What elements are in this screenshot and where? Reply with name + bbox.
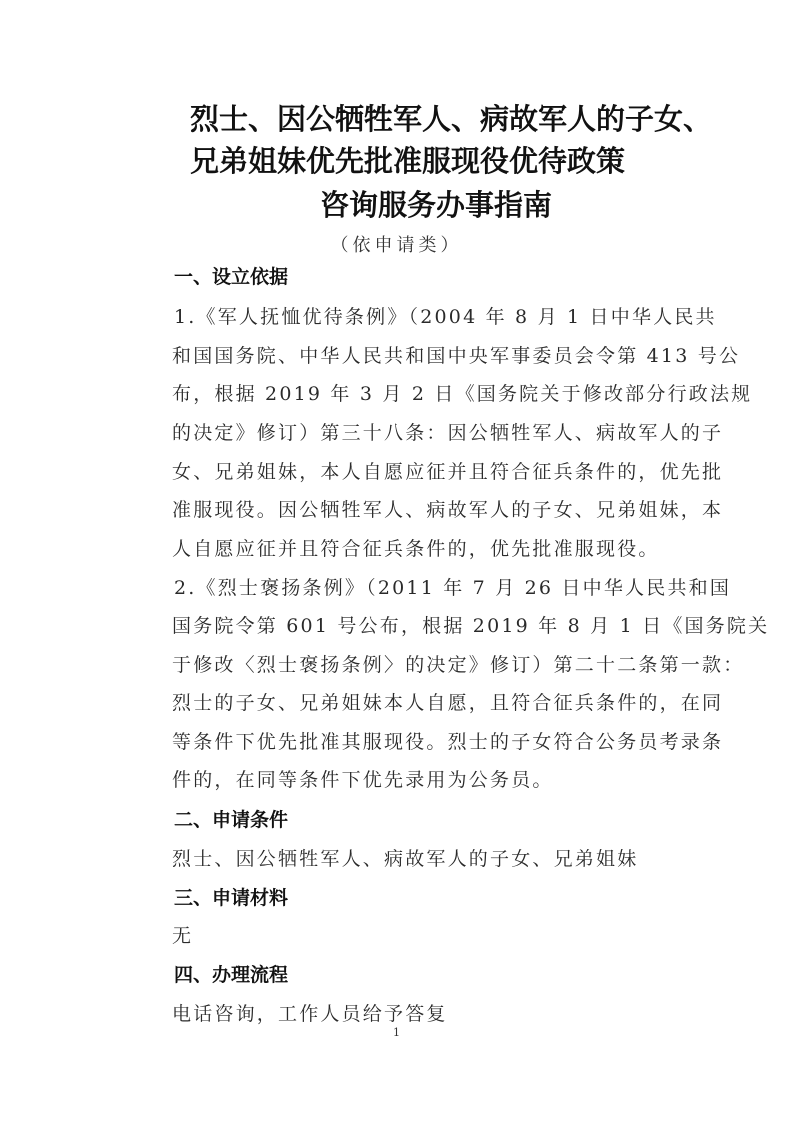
paragraph-line: 于修改〈烈士褒扬条例〉的决定》修订）第二十二条第一款：	[172, 650, 744, 677]
document-subtitle: （依申请类）	[0, 231, 793, 257]
section-heading-process: 四、办理流程	[174, 960, 288, 987]
paragraph-line: 2.《烈士褒扬条例》（2011 年 7 月 26 日中华人民共和国	[174, 573, 731, 600]
page-number: 1	[0, 1026, 793, 1039]
title-line-2: 兄弟姐妹优先批准服现役优待政策	[190, 140, 625, 182]
paragraph-line: 烈士、因公牺牲军人、病故军人的子女、兄弟姐妹	[172, 844, 638, 871]
paragraph-line: 等条件下优先批准其服现役。烈士的子女符合公务员考录条	[172, 727, 723, 754]
paragraph-line: 件的，在同等条件下优先录用为公务员。	[172, 765, 554, 792]
paragraph-line: 人自愿应征并且符合征兵条件的，优先批准服现役。	[172, 534, 660, 561]
section-heading-conditions: 二、申请条件	[174, 805, 288, 832]
paragraph-line: 1.《军人抚恤优待条例》（2004 年 8 月 1 日中华人民共	[174, 302, 717, 329]
paragraph-line: 烈士的子女、兄弟姐妹本人自愿，且符合征兵条件的，在同	[172, 688, 723, 715]
paragraph-line: 和国国务院、中华人民共和国中央军事委员会令第 413 号公	[172, 341, 740, 368]
paragraph-line: 无	[172, 921, 193, 948]
paragraph-line: 的决定》修订）第三十八条：因公牺牲军人、病故军人的子	[172, 418, 723, 445]
title-line-3: 咨询服务办事指南	[320, 184, 552, 226]
paragraph-line: 电话咨询，工作人员给予答复	[172, 999, 448, 1026]
paragraph-line: 国务院令第 601 号公布，根据 2019 年 8 月 1 日《国务院关	[172, 611, 769, 638]
section-heading-materials: 三、申请材料	[174, 883, 288, 910]
section-heading-basis: 一、设立依据	[174, 262, 288, 289]
title-line-1: 烈士、因公牺牲军人、病故军人的子女、	[190, 98, 712, 140]
paragraph-line: 准服现役。因公牺牲军人、病故军人的子女、兄弟姐妹，本	[172, 495, 723, 522]
document-page: 烈士、因公牺牲军人、病故军人的子女、 兄弟姐妹优先批准服现役优待政策 咨询服务办…	[0, 0, 793, 1122]
paragraph-line: 布，根据 2019 年 3 月 2 日《国务院关于修改部分行政法规	[172, 379, 752, 406]
paragraph-line: 女、兄弟姐妹，本人自愿应征并且符合征兵条件的，优先批	[172, 457, 723, 484]
